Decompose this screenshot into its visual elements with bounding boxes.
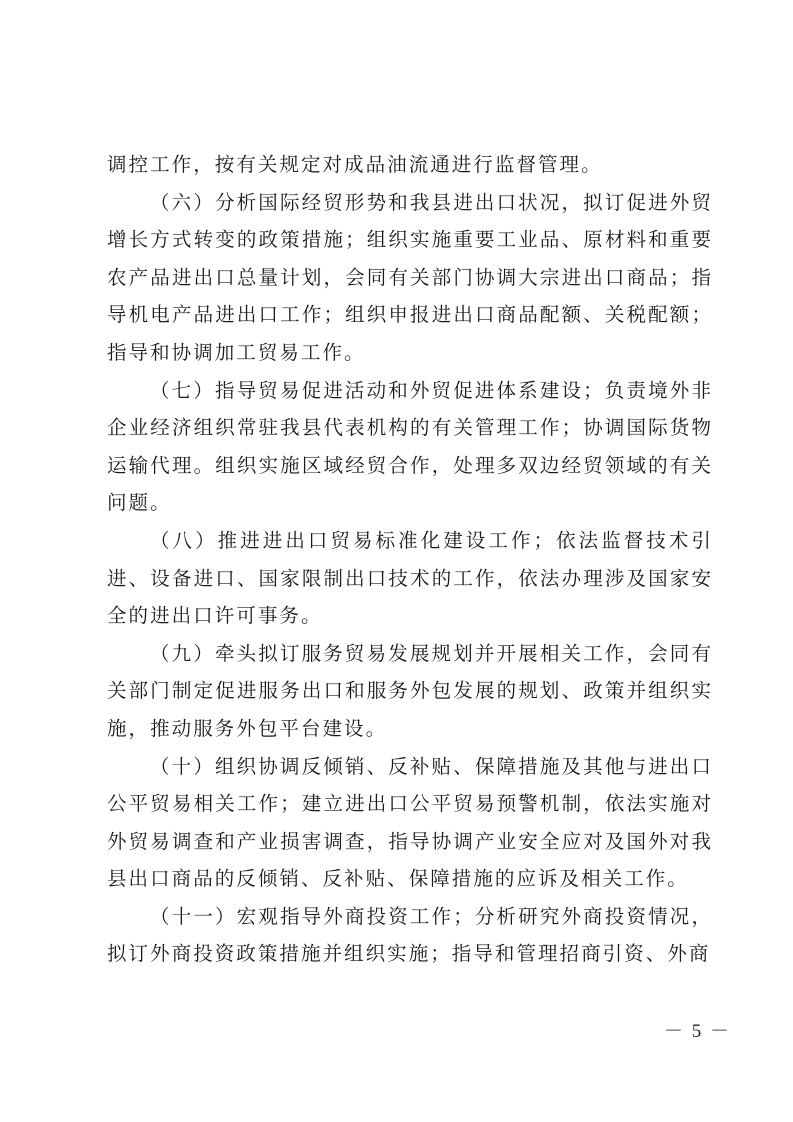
paragraph-item-8: （八）推进进出口贸易标准化建设工作；依法监督技术引进、设备进口、国家限制出口技术… [107,522,713,635]
paragraph-item-6: （六）分析国际经贸形势和我县进出口状况，拟订促进外贸增长方式转变的政策措施；组织… [107,184,713,372]
paragraph-item-9: （九）牵头拟订服务贸易发展规划并开展相关工作，会同有关部门制定促进服务出口和服务… [107,635,713,748]
page-number: － 5 － [664,1016,731,1043]
paragraph-item-10: （十）组织协调反倾销、反补贴、保障措施及其他与进出口公平贸易相关工作；建立进出口… [107,748,713,898]
paragraph-item-11: （十一）宏观指导外商投资工作；分析研究外商投资情况，拟订外商投资政策措施并组织实… [107,898,713,973]
document-body: 调控工作，按有关规定对成品油流通进行监督管理。 （六）分析国际经贸形势和我县进出… [107,146,713,973]
paragraph-item-7: （七）指导贸易促进活动和外贸促进体系建设；负责境外非企业经济组织常驻我县代表机构… [107,372,713,522]
paragraph-continuation: 调控工作，按有关规定对成品油流通进行监督管理。 [107,146,713,184]
document-page: 调控工作，按有关规定对成品油流通进行监督管理。 （六）分析国际经贸形势和我县进出… [0,0,793,1122]
